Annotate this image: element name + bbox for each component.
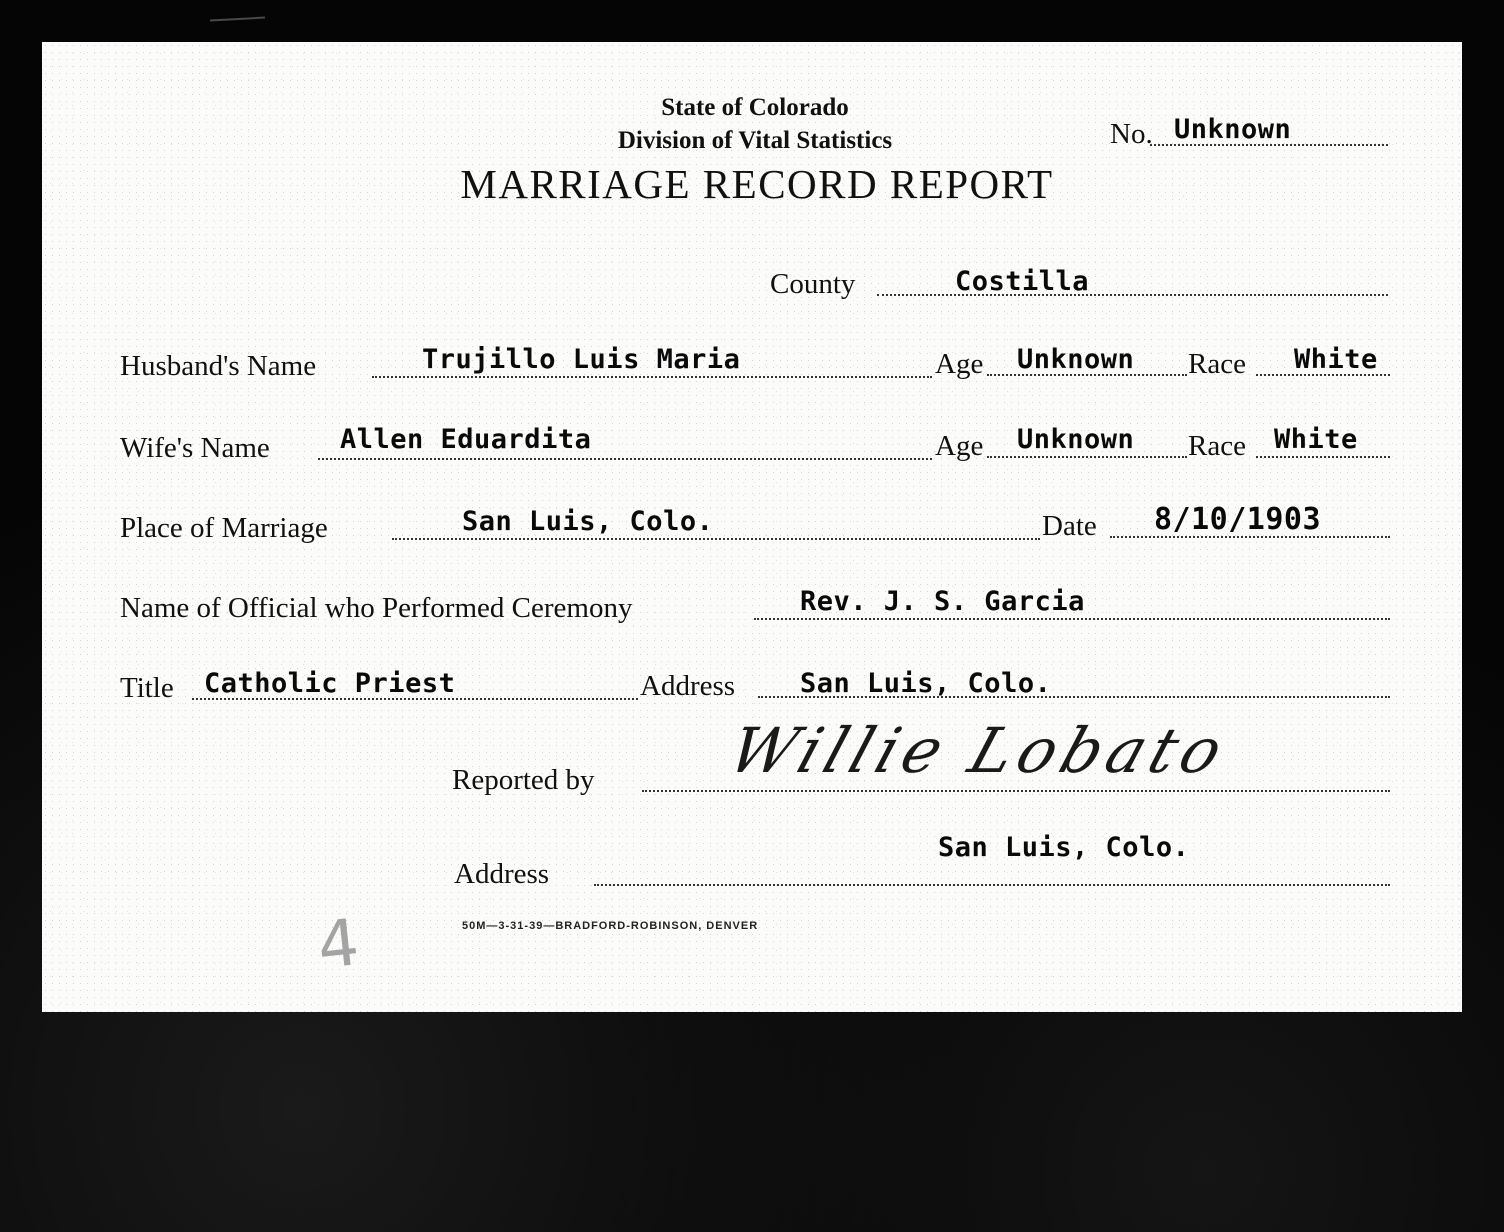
wife-race-line [1256,456,1390,458]
place-value: San Luis, Colo. [462,506,713,537]
husband-race-value: White [1294,344,1378,375]
husband-name-value: Trujillo Luis Maria [422,344,740,375]
header-division: Division of Vital Statistics [505,127,1005,155]
number-value: Unknown [1174,114,1291,145]
wife-race-label: Race [1188,430,1246,463]
film-scratch [210,17,265,22]
county-value: Costilla [955,266,1089,297]
place-line [392,538,1040,540]
wife-name-value: Allen Eduardita [340,424,591,455]
official-address-label: Address [640,670,735,703]
header-state: State of Colorado [505,94,1005,122]
date-label: Date [1042,510,1097,543]
wife-name-label: Wife's Name [120,432,270,465]
date-value: 8/10/1903 [1154,502,1321,537]
official-address-value: San Luis, Colo. [800,668,1051,699]
wife-name-line [318,458,932,460]
marriage-record-card: State of Colorado Division of Vital Stat… [42,42,1462,1012]
official-title-value: Catholic Priest [204,668,455,699]
official-name-value: Rev. J. S. Garcia [800,586,1085,617]
husband-name-label: Husband's Name [120,350,316,383]
reported-by-label: Reported by [452,764,595,797]
printer-imprint: 50M—3-31-39—BRADFORD-ROBINSON, DENVER [462,920,758,932]
place-label: Place of Marriage [120,512,328,545]
pencil-annotation: 4 [314,906,362,984]
wife-age-line [987,456,1187,458]
wife-age-label: Age [935,430,983,463]
number-label: No. [1110,118,1153,151]
reported-by-line [642,790,1390,792]
reporter-address-label: Address [454,858,549,891]
wife-race-value: White [1274,424,1358,455]
reporter-address-line [594,884,1390,886]
reporter-address-value: San Luis, Colo. [938,832,1189,863]
husband-age-value: Unknown [1017,344,1134,375]
wife-age-value: Unknown [1017,424,1134,455]
husband-name-line [372,376,932,378]
official-title-label: Title [120,672,174,705]
husband-race-label: Race [1188,348,1246,381]
page-title: MARRIAGE RECORD REPORT [440,160,1074,208]
county-line [877,294,1388,296]
reporter-signature: Willie Lobato [720,714,1237,787]
official-name-label: Name of Official who Performed Ceremony [120,592,632,625]
county-label: County [770,268,855,301]
official-name-line [754,618,1390,620]
husband-age-label: Age [935,348,983,381]
